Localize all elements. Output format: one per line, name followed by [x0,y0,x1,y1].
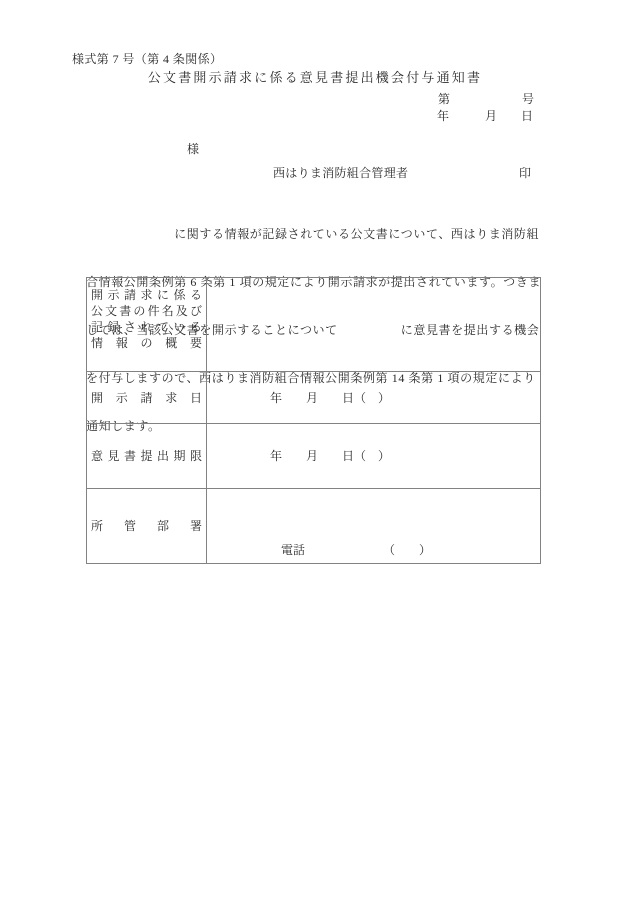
form-number: 様式第 7 号（第 4 条関係） [72,51,222,67]
row-label-text: 所管部署 [91,518,202,534]
row-label-opinion-deadline: 意見書提出期限 [87,424,207,489]
doc-date-blank-line: 年 月 日 [437,108,533,124]
document-page: 様式第 7 号（第 4 条関係） 公文書開示請求に係る意見書提出機会付与通知書 … [0,0,630,915]
cell-opinion-deadline: 年 月 日（ ） [207,424,540,489]
row-label-line: 記録されている [91,319,202,335]
addressee-honorific: 様 [187,141,199,157]
row-label-text: 意見書提出期限 [91,448,202,464]
issuer-name: 西はりま消防組合管理者 [273,165,408,181]
row-label-line: 公文書の件名及び [91,303,202,319]
row-label-text: 開示請求日 [91,390,202,406]
cell-subject-summary-blank [207,278,540,372]
document-title: 公文書開示請求に係る意見書提出機会付与通知書 [0,70,630,86]
doc-number-blank-line: 第 号 [438,91,534,107]
row-label-responsible-department: 所管部署 [87,489,207,563]
cell-responsible-department-phone: 電話 （ ） [207,489,540,563]
notice-table: 開示請求に係る 公文書の件名及び 記録されている 情報の概要 開示請求日 年 月… [86,277,541,564]
row-label-line: 開示請求に係る [91,287,202,303]
cell-disclosure-request-date: 年 月 日（ ） [207,372,540,424]
row-label-disclosure-request-date: 開示請求日 [87,372,207,424]
row-label-line: 情報の概要 [91,335,202,351]
row-label-subject-summary: 開示請求に係る 公文書の件名及び 記録されている 情報の概要 [87,278,207,372]
seal-mark: 印 [519,165,531,181]
body-line: に関する情報が記録されている公文書について、西はりま消防組 [86,226,542,242]
